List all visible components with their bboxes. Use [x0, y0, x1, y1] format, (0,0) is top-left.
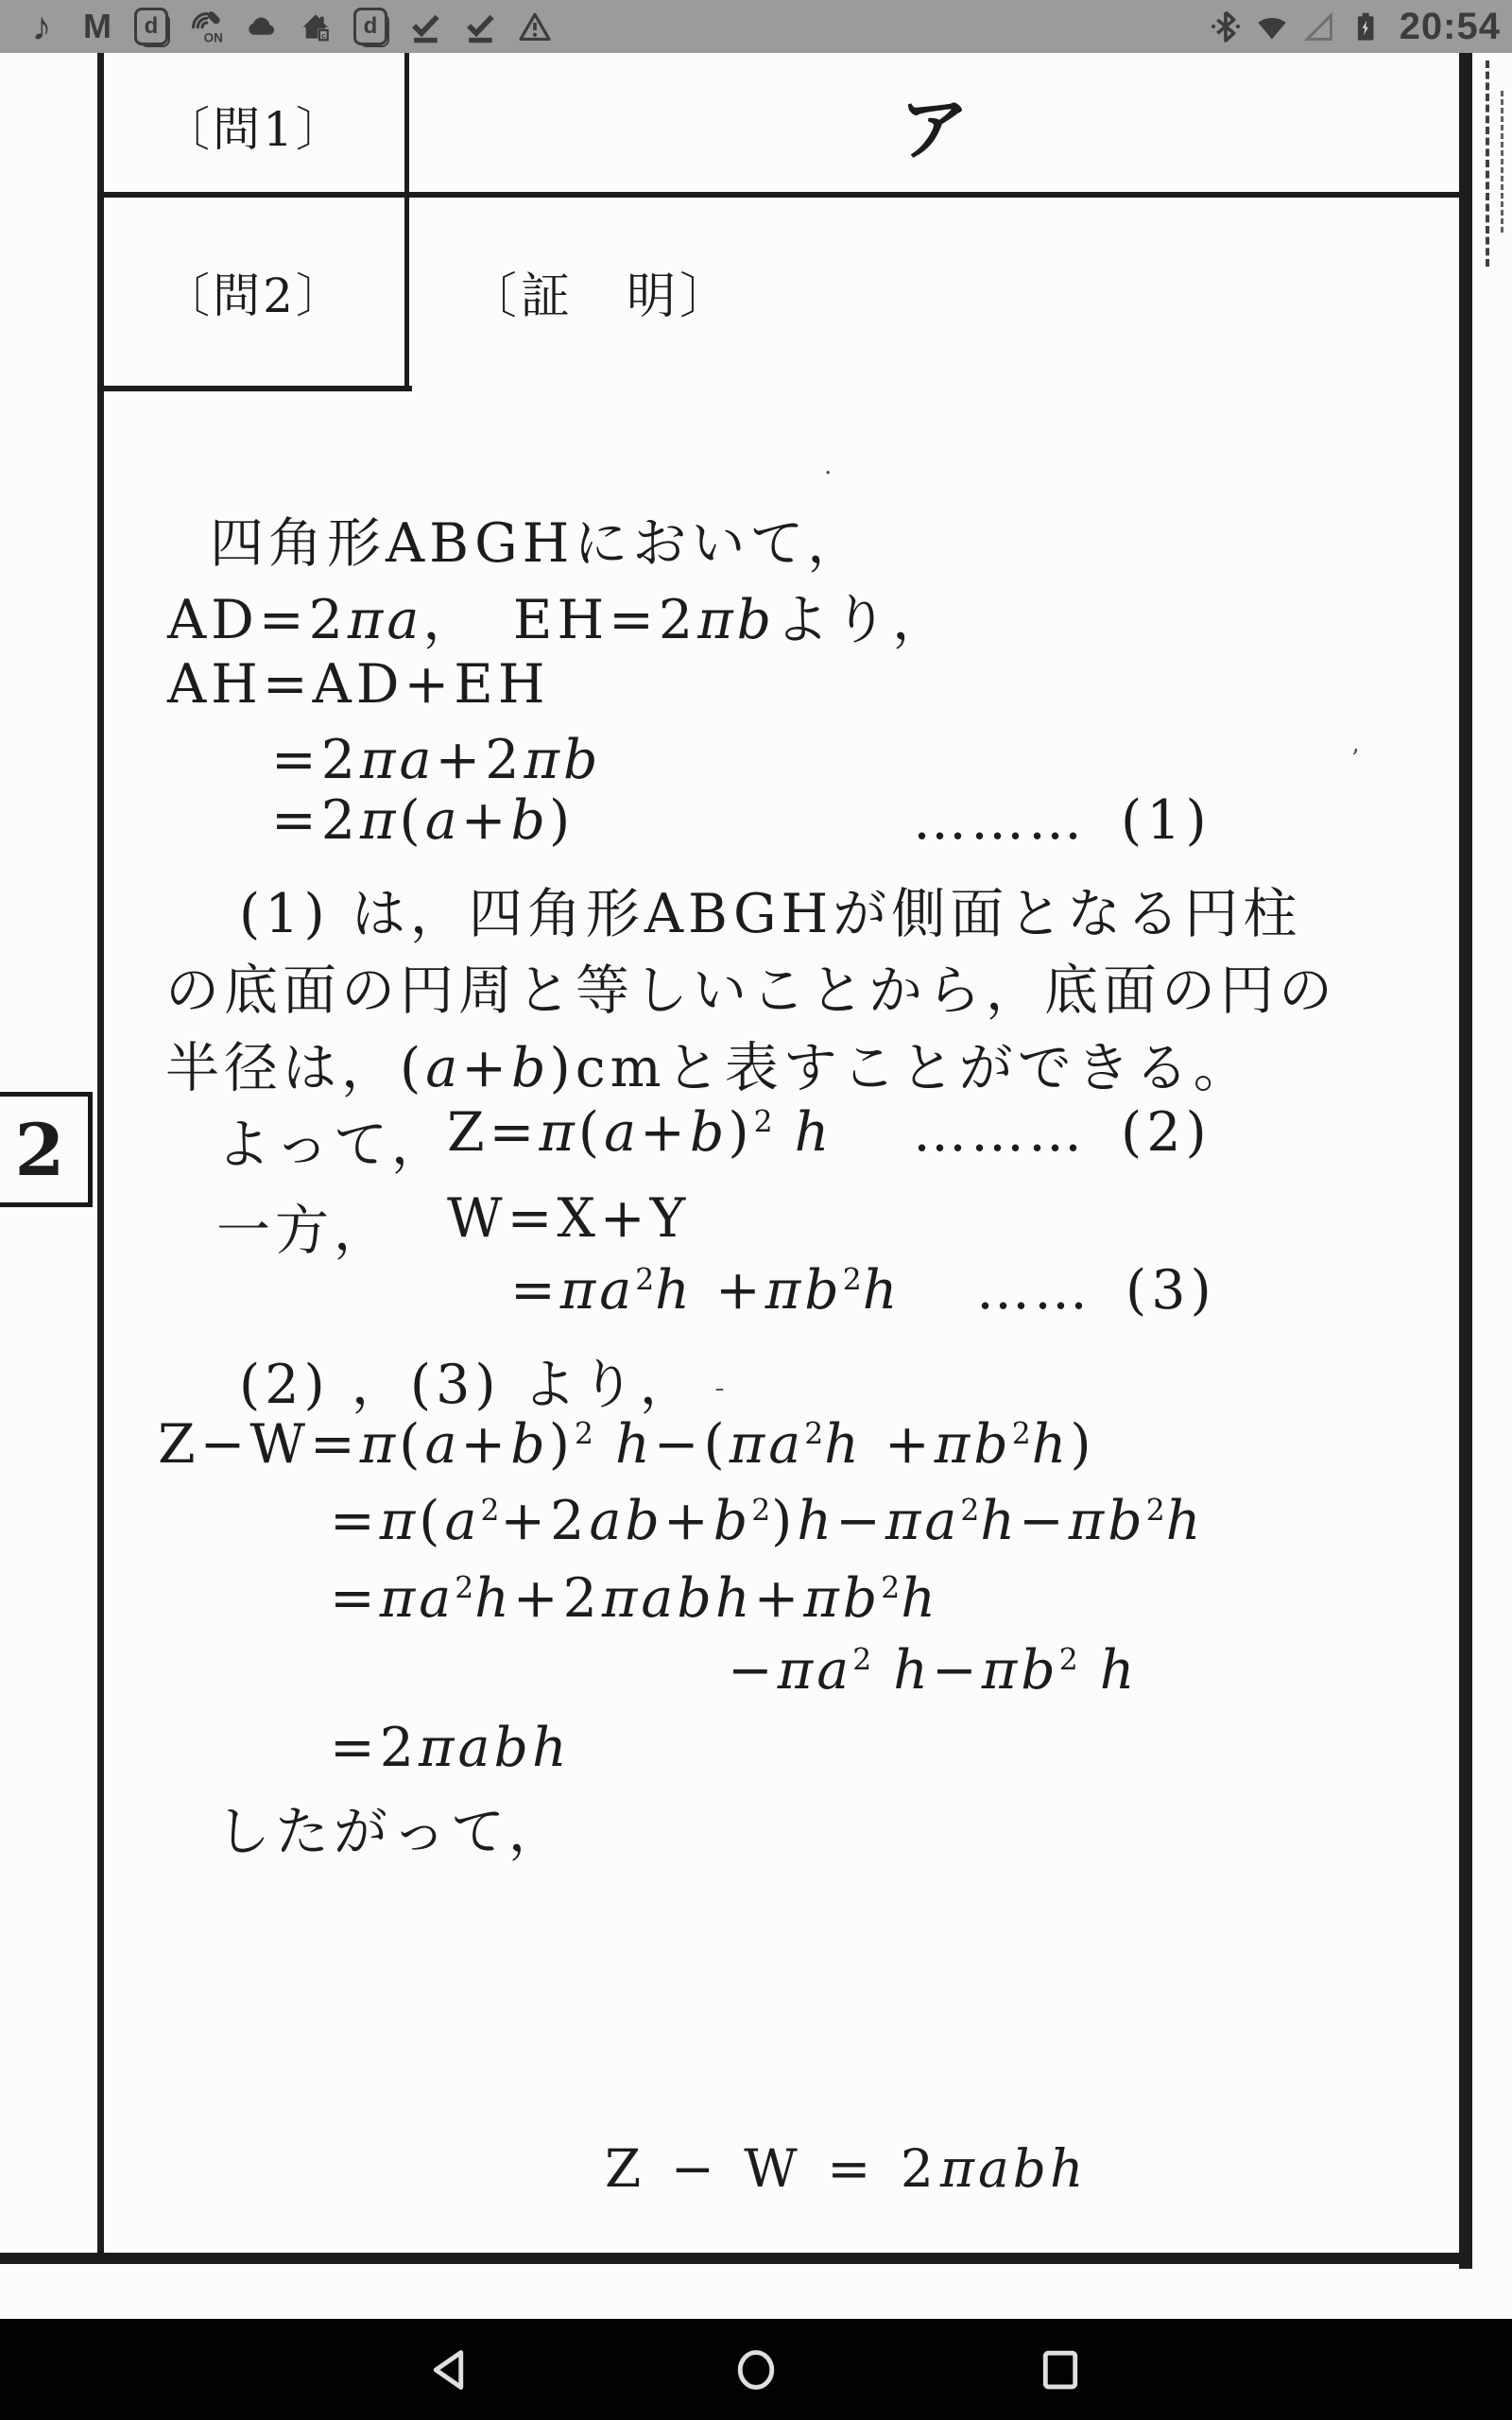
section-number: 2 [15, 1108, 65, 1192]
gmail-icon: M [77, 6, 115, 47]
question-2-proof-heading-cell: 〔証 明〕 [409, 198, 1512, 386]
notification-icons: ♪ M d ON c d [0, 6, 554, 47]
scan-noise: ’ [1351, 745, 1359, 773]
proof-line: Z−W=π(a+b)2 h−(πa2h +πb2h) [158, 1413, 1096, 1481]
proof-line: したがって， [216, 1789, 567, 1857]
question-2-label-cell: 〔問2〕 [104, 198, 404, 386]
question-1-answer-cell: ア [409, 55, 1459, 192]
sync-check-icon [461, 6, 499, 47]
recents-icon [1045, 2353, 1074, 2387]
recents-button[interactable] [1036, 2345, 1085, 2394]
d-card-icon: d [352, 6, 389, 47]
sync-check-icon [406, 6, 444, 47]
home-app-icon: c [297, 6, 335, 47]
cloud-icon [242, 6, 280, 47]
bluetooth-icon [1207, 6, 1245, 47]
question-2-label: 〔問2〕 [163, 258, 346, 326]
svg-text:ON: ON [204, 31, 223, 44]
home-button[interactable] [731, 2345, 781, 2394]
proof-line: AD=2πa， EH=2πbより， [167, 577, 951, 645]
proof-line: =πa2h+2πabh+πb2h [330, 1567, 939, 1635]
scanned-document-page[interactable]: · ’ ˍ 〔問1〕 ア 〔問2〕 〔証 明〕 2 四角形ABGHにおいて，AD… [0, 53, 1512, 2319]
question-1-answer: ア [900, 74, 970, 174]
proof-line: 四角形ABGHにおいて， [210, 500, 866, 568]
scan-noise: ˍ [713, 1365, 726, 1393]
proof-line: (2) ，(3) より， [239, 1341, 698, 1409]
proof-line: AH=AD+EH [167, 653, 550, 721]
home-icon [740, 2352, 772, 2387]
android-navigation-bar [0, 2319, 1512, 2420]
table-left-border [97, 53, 104, 2259]
proof-heading: 〔証 明〕 [468, 256, 732, 327]
proof-line: =πa2h +πb2h……(3) [510, 1259, 901, 1327]
proof-line: 一方，W=X+Y [216, 1187, 392, 1255]
scan-noise: · [824, 459, 832, 488]
system-status-icons: 20:54 [1207, 6, 1512, 48]
proof-line: −πa2 h−πb2 h [728, 1639, 1139, 1707]
clock: 20:54 [1400, 6, 1501, 48]
proof-line: よって，Z=π(a+b)2 h………(2) [216, 1101, 450, 1169]
tiktok-icon: ♪ [23, 6, 60, 47]
proof-line: の底面の円周と等しいことから，底面の円の [165, 947, 1337, 1015]
wifi-calling-icon: ON [187, 6, 225, 47]
label-column-bottom-border [97, 386, 412, 391]
proof-line: =2π(a+b)………(1) [271, 789, 575, 857]
proof-line: (1) は，四角形ABGHが側面となる円柱 [239, 871, 1301, 939]
back-icon [436, 2352, 461, 2387]
d-card-icon: d [132, 6, 170, 47]
wifi-icon [1253, 6, 1291, 47]
proof-line: =2πabh [330, 1717, 571, 1785]
question-1-label-cell: 〔問1〕 [104, 59, 404, 192]
proof-line: Z − W = 2πabh [605, 2138, 1087, 2206]
table-bottom-border [0, 2253, 1472, 2264]
proof-line: 半径は，(a+b)cmと表すことができる。 [165, 1025, 1252, 1093]
svg-text:c: c [321, 30, 326, 40]
section-number-box: 2 [0, 1092, 93, 1207]
proof-line: =2πa+2πb [271, 729, 601, 797]
phone-screen: ♪ M d ON c d [0, 0, 1512, 2420]
warning-icon [516, 6, 554, 47]
proof-line: =π(a2+2ab+b2)h−πa2h−πb2h [330, 1490, 1204, 1558]
back-button[interactable] [427, 2345, 476, 2394]
status-bar[interactable]: ♪ M d ON c d [0, 0, 1512, 53]
battery-charging-icon [1346, 6, 1383, 47]
question-1-label: 〔問1〕 [163, 92, 346, 160]
cell-signal-icon [1299, 6, 1337, 47]
